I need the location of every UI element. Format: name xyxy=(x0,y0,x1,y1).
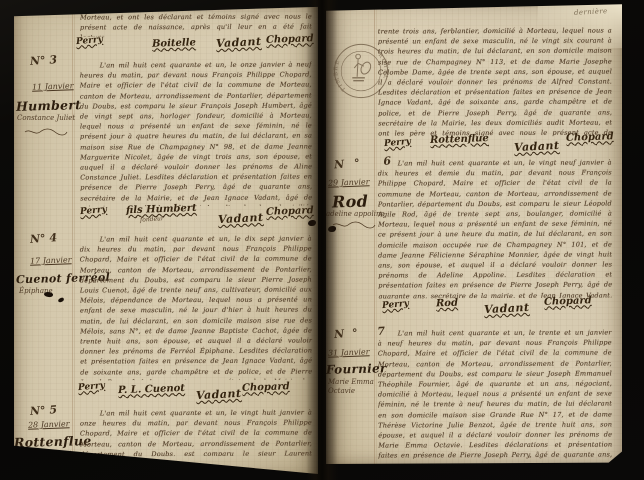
act-number: N° 3 xyxy=(30,53,58,68)
stamp-figure-icon xyxy=(352,54,372,80)
signature-chopard: Chopard xyxy=(266,33,314,46)
act-number: N° 4 xyxy=(30,231,58,246)
act-date: 11 Janvier xyxy=(32,81,74,91)
ink-blot xyxy=(57,297,64,303)
ink-blot xyxy=(44,291,54,298)
act-body: L'an mil huit cent quarante et un, le vi… xyxy=(80,407,312,456)
signature-perry: Perry xyxy=(384,137,412,149)
act-given-names: alfred constant xyxy=(18,450,88,459)
signature-cuenot: P. L. Cuenot xyxy=(118,383,185,396)
signature-chopard: Chopard xyxy=(242,381,290,394)
signature-perry: Perry xyxy=(78,381,106,393)
signature-humbert: fils Humbert xyxy=(126,203,197,216)
signature-perry: Perry xyxy=(76,35,104,47)
act-date: 17 Janvier xyxy=(30,255,72,265)
ink-blot xyxy=(328,226,336,232)
flourish-icon xyxy=(332,221,376,229)
signature-boitelle: Boitelle xyxy=(152,37,196,50)
flourish-icon xyxy=(24,128,68,136)
act-body: L'an mil huit cent quarante et un, le di… xyxy=(80,233,313,380)
signature-vadant: Vadant xyxy=(218,211,264,226)
act-given-names: adeline appoline xyxy=(326,210,380,219)
act-number: N° 5 xyxy=(30,403,58,418)
act-body: L'an mil huit cent quarante et un, le tr… xyxy=(378,327,613,460)
signature-vadant: Vadant xyxy=(514,139,560,154)
act-date: 31 Janvier xyxy=(328,347,370,357)
signature-rod: Rod xyxy=(436,298,458,310)
left-manuscript-page: Morteau, et ont les déclarant et témoins… xyxy=(14,4,318,474)
signature-perry: Perry xyxy=(80,205,108,217)
act-body: L'an mil huit cent quarante et un, le vi… xyxy=(378,157,613,298)
archival-scan: Morteau, et ont les déclarant et témoins… xyxy=(0,0,644,480)
act-body: L'an mil huit cent quarante et un, le on… xyxy=(80,59,313,206)
act-surname: Rod xyxy=(332,192,369,212)
ink-blot xyxy=(308,220,316,226)
signature-vadant: Vadant xyxy=(196,387,242,402)
signature-rottenflue: Rottenflue xyxy=(430,133,489,146)
act-continuation-text: trente trois ans, ferblantier, domicilié… xyxy=(378,25,612,138)
act-date: 29 Janvier xyxy=(328,177,370,187)
act-surname: Humbert xyxy=(16,97,82,114)
signature-chopard: Chopard xyxy=(566,131,614,144)
signature-chopard: Chopard xyxy=(544,295,592,308)
margin-rule xyxy=(72,4,73,474)
act-date: 28 Janvier xyxy=(28,419,70,429)
act-given-names: Marie Emma Octavie xyxy=(328,378,374,396)
act-continuation-text: Morteau, et ont les déclarant et témoins… xyxy=(80,11,312,36)
signature-note: fondeur xyxy=(140,215,164,224)
signature-chopard: Chopard xyxy=(266,205,314,218)
signature-vadant: Vadant xyxy=(216,35,262,50)
right-manuscript-page: dernière TIMBRE ROYAL trente trois xyxy=(326,2,622,464)
act-given-names: Constance Juliet xyxy=(17,114,79,123)
signature-perry: Perry xyxy=(382,299,410,311)
signature-vadant: Vadant xyxy=(484,301,530,316)
